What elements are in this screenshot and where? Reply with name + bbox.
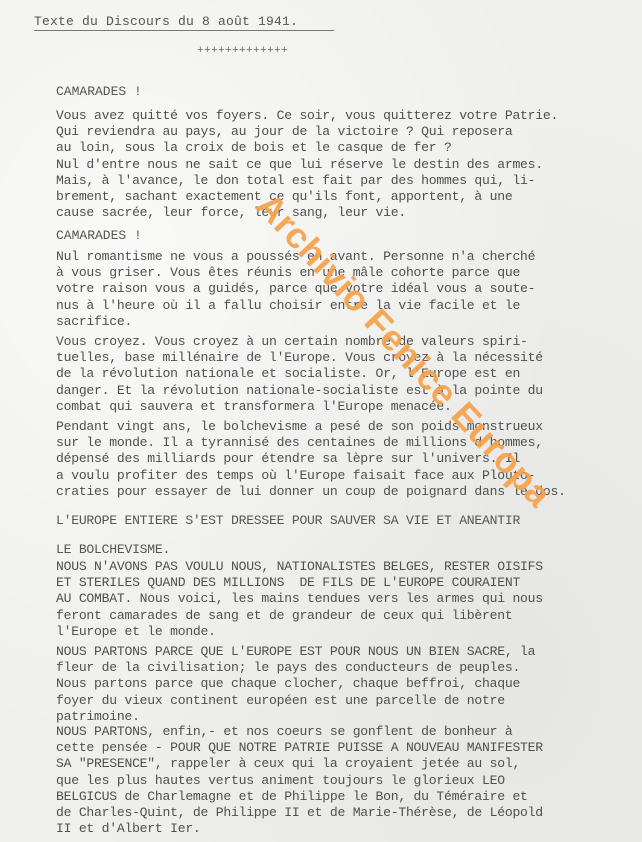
paragraph-2: Nul romantisme ne vous a poussés en avan… [56, 249, 535, 330]
salutation-2: CAMARADES ! [56, 228, 142, 243]
paragraph-3: Vous croyez. Vous croyez à un certain no… [56, 334, 543, 415]
document-page: Texte du Discours du 8 août 1941. ++++++… [0, 0, 642, 842]
paragraph-8: NOUS PARTONS, enfin,- et nos coeurs se g… [56, 724, 543, 837]
paragraph-7: NOUS PARTONS PARCE QUE L'EUROPE EST POUR… [56, 644, 535, 725]
paragraph-4: Pendant vingt ans, le bolchevisme a pesé… [56, 419, 566, 500]
document-header: Texte du Discours du 8 août 1941. [34, 14, 334, 31]
paragraph-1: Vous avez quitté vos foyers. Ce soir, vo… [56, 108, 558, 221]
paragraph-6: NOUS N'AVONS PAS VOULU NOUS, NATIONALIST… [56, 559, 543, 640]
paragraph-5: L'EUROPE ENTIERE S'EST DRESSEE POUR SAUV… [56, 506, 520, 564]
separator-line: +++++++++++++ [197, 45, 288, 57]
salutation-1: CAMARADES ! [56, 84, 142, 99]
